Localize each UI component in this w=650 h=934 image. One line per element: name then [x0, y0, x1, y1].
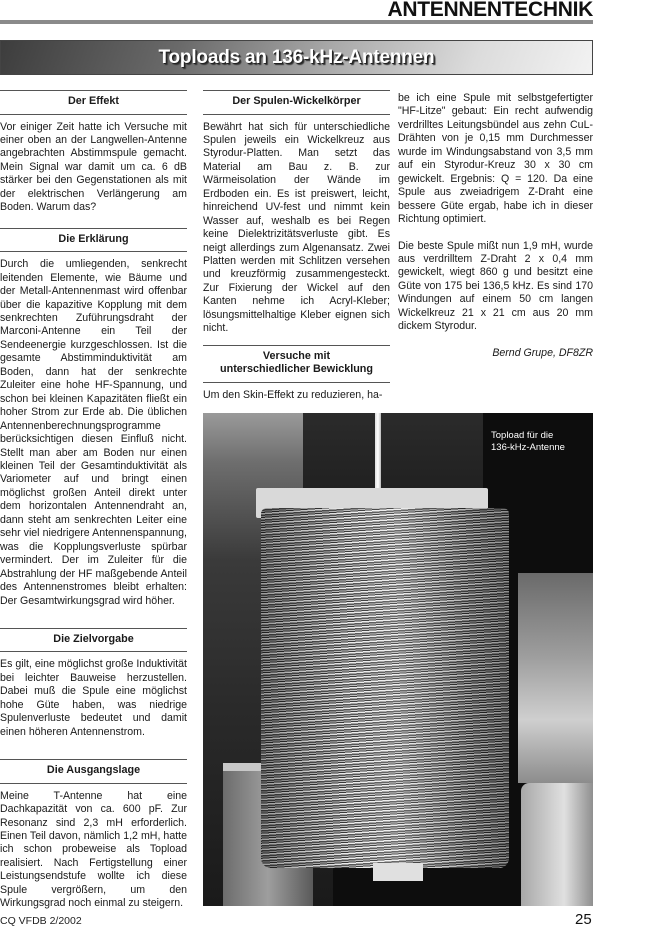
- heading-die-ausgangslage: Die Ausgangslage: [0, 759, 187, 784]
- paragraph: Durch die umliegenden, senkrecht leitend…: [0, 258, 187, 608]
- heading-line: unterschiedlicher Bewicklung: [203, 363, 390, 377]
- paragraph: Es gilt, eine möglichst große Induktivit…: [0, 658, 187, 739]
- photo-plate-tab: [373, 863, 423, 881]
- column-3: be ich eine Spule mit selbstgefertigter …: [398, 92, 593, 360]
- paragraph: Vor einiger Zeit hatte ich Versuche mit …: [0, 121, 187, 215]
- photo-background-machine: [518, 573, 593, 783]
- column-1: Der Effekt Vor einiger Zeit hatte ich Ve…: [0, 90, 187, 924]
- heading-line: Versuche mit: [203, 350, 390, 364]
- heading-spulen-wickelkoerper: Der Spulen-Wickelkörper: [203, 90, 390, 115]
- paragraph: Die beste Spule mißt nun 1,9 mH, wurde a…: [398, 240, 593, 334]
- paragraph: Bewährt hat sich für unterschiedliche Sp…: [203, 121, 390, 336]
- author-byline: Bernd Grupe, DF8ZR: [398, 347, 593, 360]
- footer-publication: CQ VFDB 2/2002: [0, 915, 82, 927]
- coil-photo: Topload für die 136-kHz-Antenne: [203, 413, 593, 906]
- section-divider: [0, 20, 593, 24]
- paragraph: be ich eine Spule mit selbstgefertigter …: [398, 92, 593, 227]
- paragraph: Meine T-Antenne hat eine Dachkapazität v…: [0, 790, 187, 911]
- heading-versuche-bewicklung: Versuche mit unterschiedlicher Bewicklun…: [203, 345, 390, 383]
- page-number: 25: [575, 911, 592, 928]
- column-2: Der Spulen-Wickelkörper Bewährt hat sich…: [203, 90, 390, 415]
- photo-caption: Topload für die 136-kHz-Antenne: [491, 430, 565, 454]
- article-title-banner: Toploads an 136-kHz-Antennen: [0, 40, 593, 75]
- caption-line: 136-kHz-Antenne: [491, 442, 565, 454]
- heading-die-erklaerung: Die Erklärung: [0, 228, 187, 253]
- heading-die-zielvorgabe: Die Zielvorgabe: [0, 628, 187, 653]
- article-title: Toploads an 136-kHz-Antennen: [159, 47, 435, 69]
- caption-line: Topload für die: [491, 430, 565, 442]
- photo-coil-shading: [261, 508, 509, 868]
- heading-der-effekt: Der Effekt: [0, 90, 187, 115]
- section-label: ANTENNENTECHNIK: [387, 0, 593, 22]
- paragraph: Um den Skin-Effekt zu reduzieren, ha-: [203, 389, 390, 402]
- photo-bucket-right: [521, 783, 593, 906]
